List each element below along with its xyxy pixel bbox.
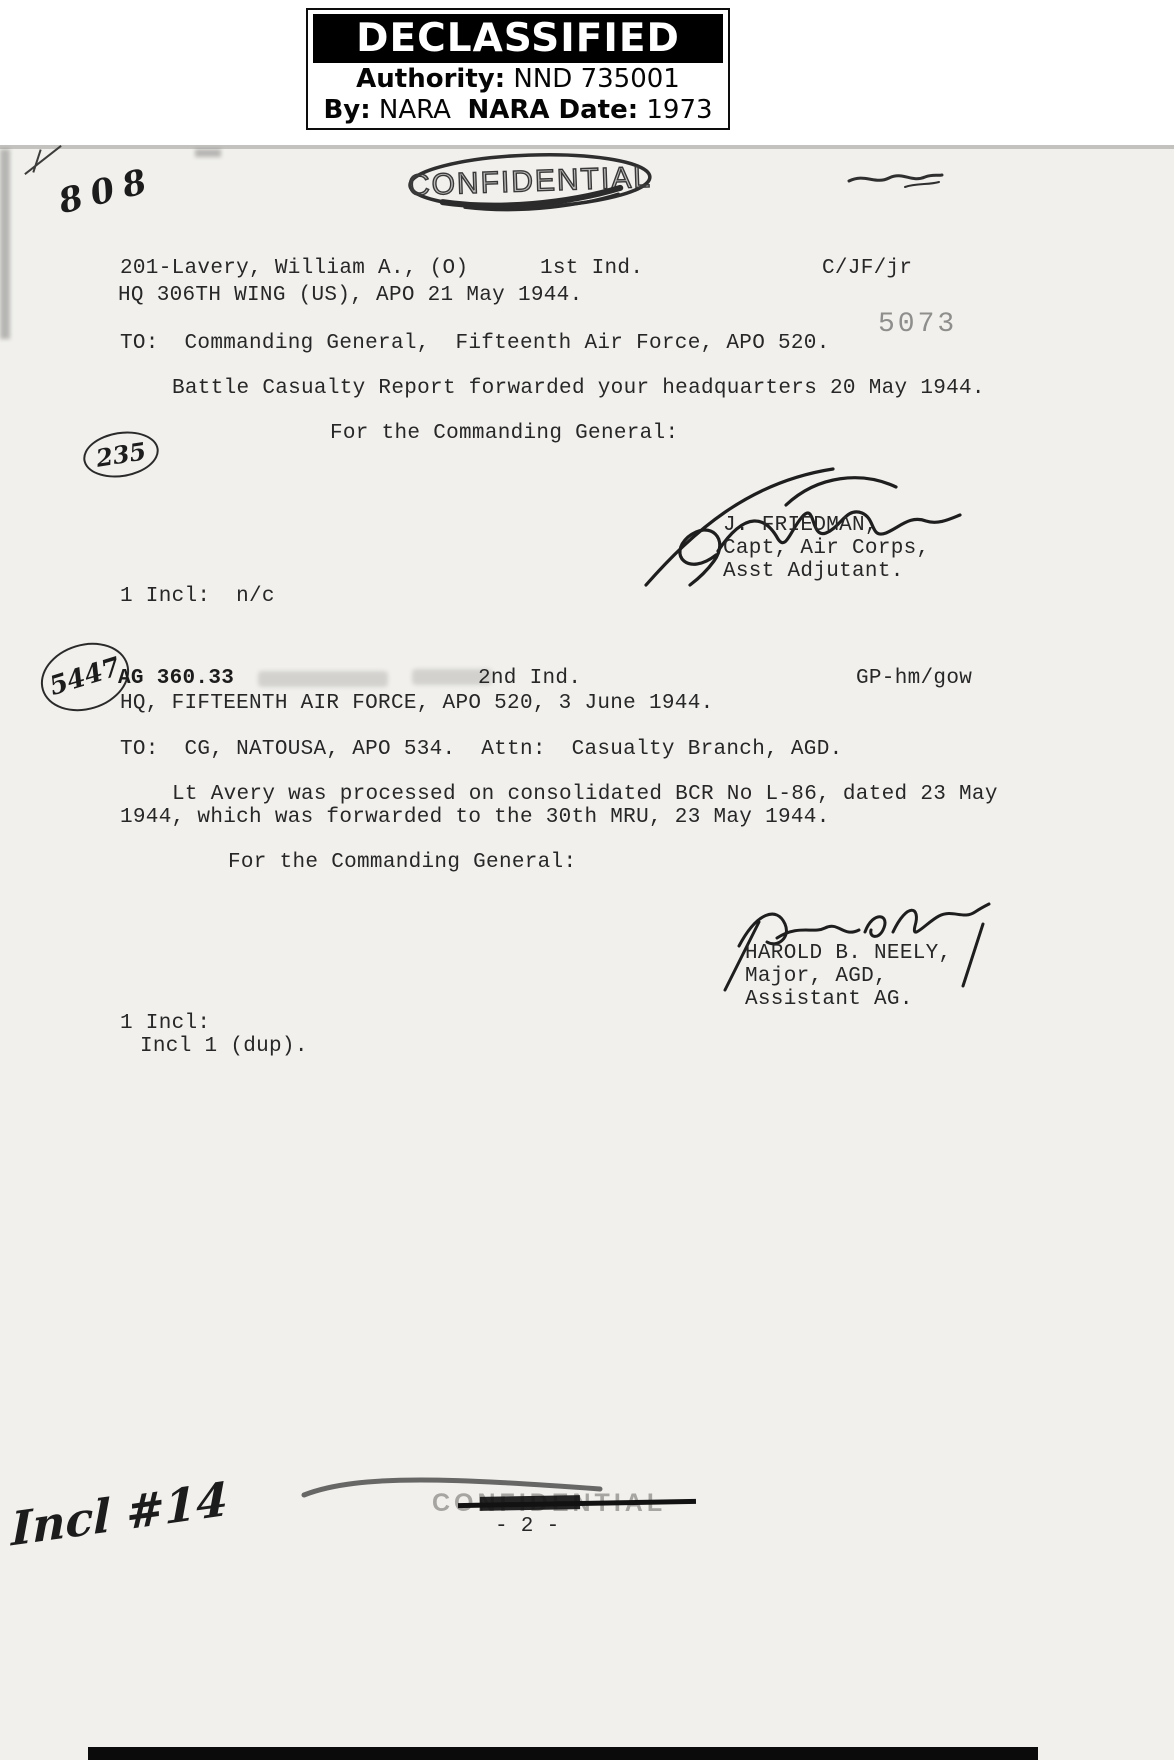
registry-number-stamp: 5073 bbox=[878, 309, 957, 340]
date-value: 1973 bbox=[646, 95, 712, 125]
closing-2: For the Commanding General: bbox=[228, 851, 576, 874]
sig-title-1: Asst Adjutant. bbox=[723, 560, 904, 583]
closing-1: For the Commanding General: bbox=[330, 422, 678, 445]
body-2-line1: Lt Avery was processed on consolidated B… bbox=[172, 783, 998, 806]
declassified-authority-line: Authority: NND 735001 bbox=[308, 64, 728, 94]
body-2-line2: 1944, which was forwarded to the 30th MR… bbox=[120, 806, 830, 829]
incl-line-2b: Incl 1 (dup). bbox=[140, 1035, 308, 1058]
sig-title-2: Assistant AG. bbox=[745, 988, 913, 1011]
scan-scratch bbox=[24, 145, 61, 175]
page-number: - 2 - bbox=[495, 1515, 560, 1538]
faded-ghost-text bbox=[258, 671, 388, 687]
ind-label-1: 1st Ind. bbox=[540, 257, 643, 280]
typist-initials-2: GP-hm/gow bbox=[856, 667, 972, 690]
strike-blob bbox=[480, 1495, 580, 1511]
circled-note-235: 235 bbox=[80, 426, 162, 482]
file-line-1: 201-Lavery, William A., (O) bbox=[120, 257, 468, 280]
sig-rank-2: Major, AGD, bbox=[745, 965, 887, 988]
hq-line-2: HQ, FIFTEENTH AIR FORCE, APO 520, 3 June… bbox=[120, 692, 714, 715]
sig-name-1: J. FRIEDMAN, bbox=[723, 514, 878, 537]
to-line-1: TO: Commanding General, Fifteenth Air Fo… bbox=[120, 332, 830, 355]
declassified-title: DECLASSIFIED bbox=[313, 14, 723, 63]
sig-rank-1: Capt, Air Corps, bbox=[723, 537, 929, 560]
declassified-stamp: DECLASSIFIED Authority: NND 735001 By: N… bbox=[306, 8, 730, 130]
handwritten-808: 808 bbox=[55, 160, 160, 223]
file-number-2: AG 360.33 bbox=[118, 667, 234, 690]
by-label: By: bbox=[323, 95, 370, 125]
scanned-document: DECLASSIFIED Authority: NND 735001 By: N… bbox=[0, 0, 1174, 1760]
circled-note-235-text: 235 bbox=[94, 436, 148, 472]
circled-note-5447-text: 5447 bbox=[46, 652, 124, 702]
typist-initials-1: C/JF/jr bbox=[822, 257, 912, 280]
to-line-2: TO: CG, NATOUSA, APO 534. Attn: Casualty… bbox=[120, 738, 843, 761]
document-page: CONFIDENTIAL 808 201-Lavery, William A.,… bbox=[0, 145, 1174, 1760]
declassified-by-line: By: NARA NARA Date: 1973 bbox=[308, 95, 728, 125]
scan-edge-smudge bbox=[195, 149, 221, 157]
hq-line-1: HQ 306TH WING (US), APO 21 May 1944. bbox=[118, 284, 582, 307]
authority-label: Authority: bbox=[356, 64, 505, 94]
by-value: NARA bbox=[379, 95, 451, 125]
confidential-stamp-bottom: CONFIDENTIAL bbox=[432, 1489, 702, 1525]
pen-scribble bbox=[845, 165, 945, 193]
authority-value: NND 735001 bbox=[513, 64, 679, 94]
handwritten-incl-mark: Incl #14 bbox=[11, 1471, 228, 1556]
scan-edge-smudge bbox=[0, 149, 10, 339]
ind-label-2: 2nd Ind. bbox=[478, 667, 581, 690]
body-1: Battle Casualty Report forwarded your he… bbox=[172, 377, 985, 400]
incl-line-1: 1 Incl: n/c bbox=[120, 585, 275, 608]
sig-name-2: HAROLD B. NEELY, bbox=[745, 942, 951, 965]
scan-bottom-bar bbox=[88, 1747, 1038, 1760]
confidential-stamp-top: CONFIDENTIAL bbox=[402, 151, 662, 221]
date-label: NARA Date: bbox=[467, 95, 638, 125]
incl-line-2a: 1 Incl: bbox=[120, 1012, 210, 1035]
